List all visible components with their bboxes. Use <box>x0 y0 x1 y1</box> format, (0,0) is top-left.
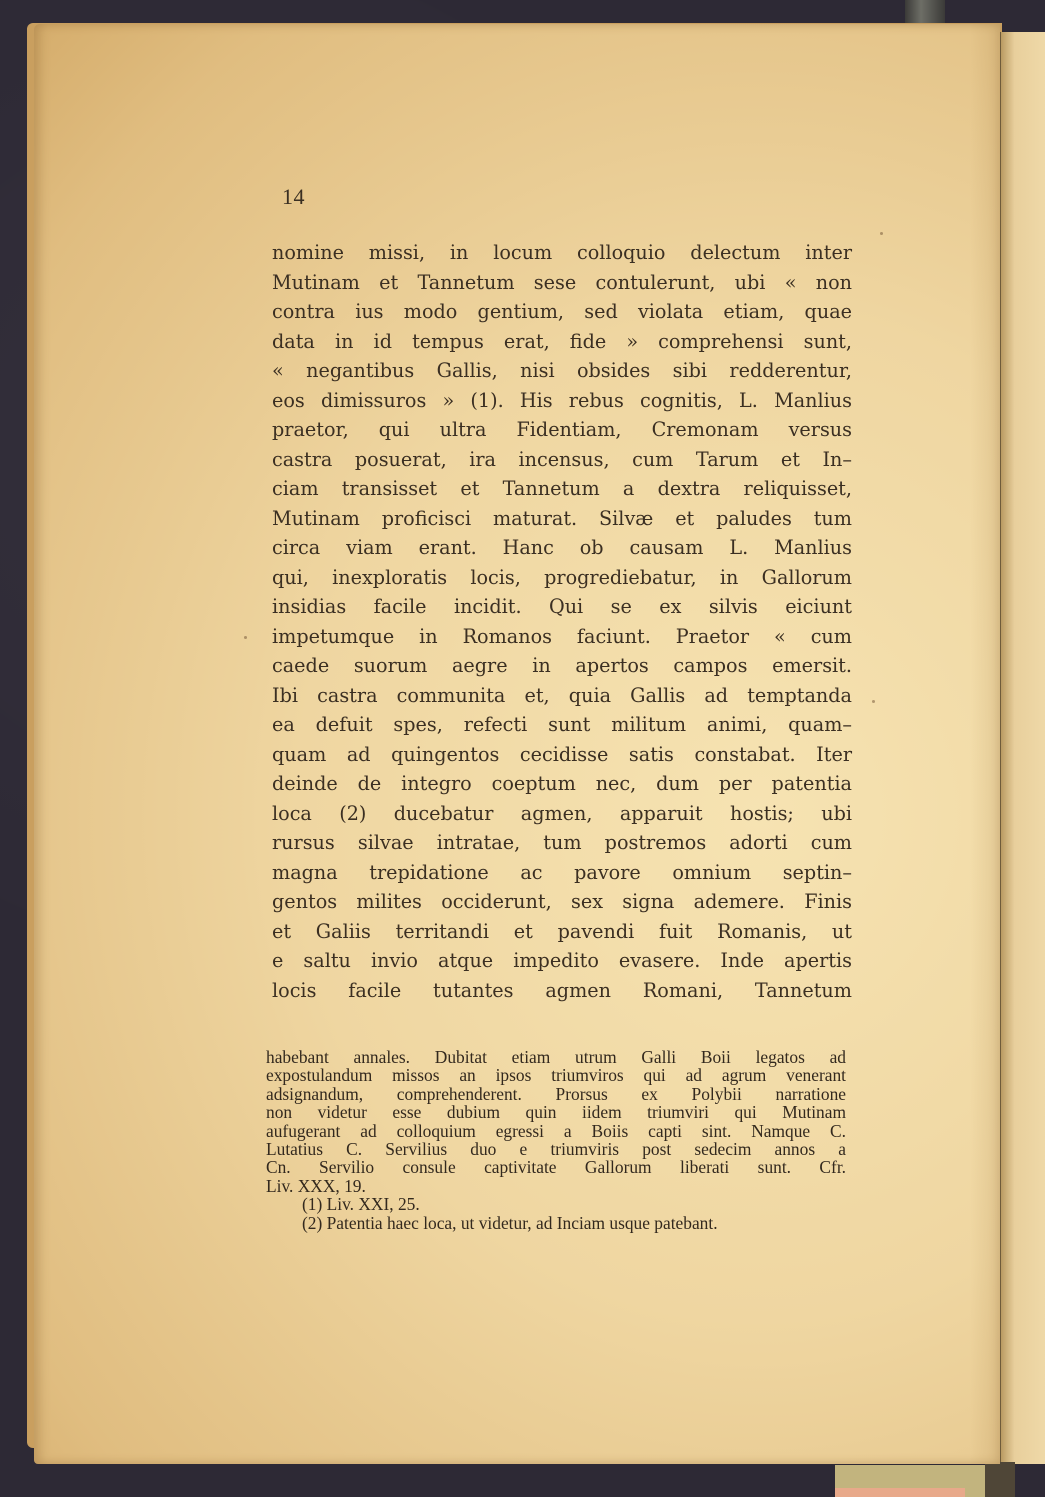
facing-page-edge <box>1000 32 1045 1464</box>
text-line: ciam transisset et Tannetum a dextra rel… <box>272 474 852 504</box>
text-line: loca (2) ducebatur agmen, apparuit hosti… <box>272 799 852 829</box>
main-text: nomine missi, in locum colloquio delectu… <box>272 238 852 1005</box>
footnote-2: (2) Patentia haec loca, ut videtur, ad I… <box>266 1214 846 1232</box>
footnote-line: aufugerant ad colloquium egressi a Boiis… <box>266 1122 846 1140</box>
text-line: castra posuerat, ira incensus, cum Tarum… <box>272 445 852 475</box>
text-line: e saltu invio atque impedito evasere. In… <box>272 946 852 976</box>
text-line: Mutinam et Tannetum sese contulerunt, ub… <box>272 268 852 298</box>
paper-speck <box>880 232 883 235</box>
footnote-line: non videtur esse dubium quin iidem trium… <box>266 1103 846 1121</box>
footnote-line: adsignandum, comprehenderent. Prorsus ex… <box>266 1085 846 1103</box>
page-number: 14 <box>282 184 305 210</box>
bookmark-tab-pink <box>835 1488 965 1497</box>
footnote-line: Liv. XXX, 19. <box>266 1177 846 1195</box>
text-line: impetumque in Romanos faciunt. Praetor «… <box>272 622 852 652</box>
text-line: insidias facile incidit. Qui se ex silvi… <box>272 592 852 622</box>
gutter-shadow <box>970 24 1000 1464</box>
footnote-line: Lutatius C. Servilius duo e triumviris p… <box>266 1140 846 1158</box>
text-line: contra ius modo gentium, sed violata eti… <box>272 297 852 327</box>
text-line: « negantibus Gallis, nisi obsides sibi r… <box>272 356 852 386</box>
text-line: locis facile tutantes agmen Romani, Tann… <box>272 976 852 1006</box>
text-line: magna trepidatione ac pavore omnium sept… <box>272 858 852 888</box>
text-line: eos dimissuros » (1). His rebus cognitis… <box>272 386 852 416</box>
text-line: praetor, qui ultra Fidentiam, Cremonam v… <box>272 415 852 445</box>
paper-speck <box>244 636 247 639</box>
footnote-line: Cn. Servilio consule captivitate Galloru… <box>266 1158 846 1176</box>
text-line: Mutinam proficisci maturat. Silvæ et pal… <box>272 504 852 534</box>
binding-corner <box>985 1462 1015 1497</box>
footnotes: habebant annales. Dubitat etiam utrum Ga… <box>266 1048 846 1232</box>
footnote-1: (1) Liv. XXI, 25. <box>266 1195 846 1213</box>
text-line: rursus silvae intratae, tum postremos ad… <box>272 828 852 858</box>
text-line: ea defuit spes, refecti sunt militum ani… <box>272 710 852 740</box>
text-line: circa viam erant. Hanc ob causam L. Manl… <box>272 533 852 563</box>
footnote-line: expostulandum missos an ipsos triumviros… <box>266 1066 846 1084</box>
text-line: caede suorum aegre in apertos campos eme… <box>272 651 852 681</box>
text-line: data in id tempus erat, fide » comprehen… <box>272 327 852 357</box>
text-line: qui, inexploratis locis, progrediebatur,… <box>272 563 852 593</box>
text-line: deinde de integro coeptum nec, dum per p… <box>272 769 852 799</box>
text-line: et Galiis territandi et pavendi fuit Rom… <box>272 917 852 947</box>
text-line: gentos milites occiderunt, sex signa ade… <box>272 887 852 917</box>
paper-speck <box>872 700 875 703</box>
text-line: Ibi castra communita et, quia Gallis ad … <box>272 681 852 711</box>
book-page: 14 nomine missi, in locum colloquio dele… <box>34 24 1000 1464</box>
text-line: nomine missi, in locum colloquio delectu… <box>272 238 852 268</box>
footnote-line: habebant annales. Dubitat etiam utrum Ga… <box>266 1048 846 1066</box>
text-line: quam ad quingentos cecidisse satis const… <box>272 740 852 770</box>
